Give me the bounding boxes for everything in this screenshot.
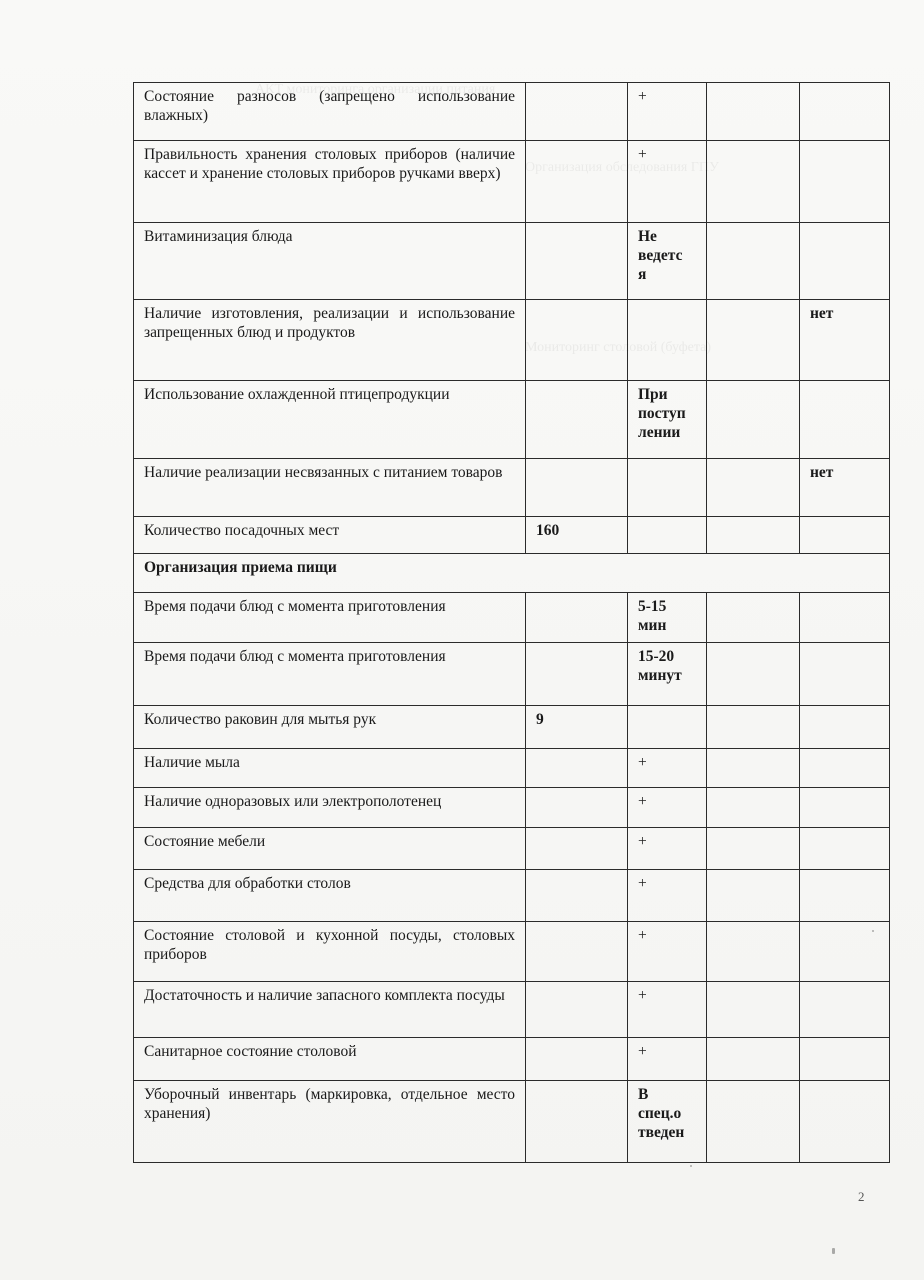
scan-speck (872, 930, 874, 932)
value-cell-col5 (800, 982, 890, 1038)
value-cell-col3: 15-20минут (628, 643, 707, 706)
value-cell-col5 (800, 870, 890, 922)
section-title: Организация приема пищи (134, 554, 890, 593)
value-cell-col2 (526, 381, 628, 459)
value-cell-col4 (707, 922, 800, 982)
value-cell-col3: + (628, 1038, 707, 1081)
page-number: 2 (858, 1189, 865, 1205)
value-cell-col2 (526, 223, 628, 300)
criterion-label: Использование охлажденной птицепродукции (134, 381, 526, 459)
value-cell-col3: + (628, 749, 707, 788)
value-cell-col5 (800, 749, 890, 788)
value-cell-col3: Неведется (628, 223, 707, 300)
table-row: Средства для обработки столов+ (134, 870, 890, 922)
criterion-label: Правильность хранения столовых приборов … (134, 141, 526, 223)
table-row: Наличие изготовления, реализации и испол… (134, 300, 890, 381)
value-cell-col3: Вспец.отведен (628, 1081, 707, 1163)
value-cell-col4 (707, 381, 800, 459)
value-cell-col4 (707, 141, 800, 223)
value-cell-col5 (800, 643, 890, 706)
value-cell-col5: нет (800, 459, 890, 517)
value-cell-col3: + (628, 83, 707, 141)
value-cell-col2 (526, 749, 628, 788)
value-cell-col4 (707, 870, 800, 922)
criterion-label: Время подачи блюд с момента приготовлени… (134, 593, 526, 643)
criterion-label: Наличие изготовления, реализации и испол… (134, 300, 526, 381)
value-cell-col3: 5-15мин (628, 593, 707, 643)
criterion-label: Состояние мебели (134, 828, 526, 870)
table-row: Наличие одноразовых или электрополотенец… (134, 788, 890, 828)
value-cell-col4 (707, 459, 800, 517)
value-cell-col2 (526, 982, 628, 1038)
value-cell-col3: + (628, 788, 707, 828)
criterion-label: Состояние столовой и кухонной посуды, ст… (134, 922, 526, 982)
value-cell-col5 (800, 517, 890, 554)
value-cell-col4 (707, 1038, 800, 1081)
value-cell-col5 (800, 83, 890, 141)
value-cell-col5: нет (800, 300, 890, 381)
criterion-label: Состояние разносов (запрещено использова… (134, 83, 526, 141)
criterion-label: Достаточность и наличие запасного компле… (134, 982, 526, 1038)
criterion-label: Санитарное состояние столовой (134, 1038, 526, 1081)
value-cell-col4 (707, 1081, 800, 1163)
value-cell-col2 (526, 300, 628, 381)
value-cell-col3 (628, 706, 707, 749)
scan-speck (690, 1165, 692, 1167)
table-row: Наличие реализации несвязанных с питание… (134, 459, 890, 517)
table-row: Правильность хранения столовых приборов … (134, 141, 890, 223)
table-row: Санитарное состояние столовой+ (134, 1038, 890, 1081)
value-cell-col2 (526, 141, 628, 223)
criterion-label: Средства для обработки столов (134, 870, 526, 922)
value-cell-col2 (526, 870, 628, 922)
criterion-label: Количество посадочных мест (134, 517, 526, 554)
value-cell-col4 (707, 749, 800, 788)
criterion-label: Наличие мыла (134, 749, 526, 788)
criterion-label: Количество раковин для мытья рук (134, 706, 526, 749)
value-cell-col2: 160 (526, 517, 628, 554)
value-cell-col2 (526, 1081, 628, 1163)
value-cell-col5 (800, 223, 890, 300)
value-cell-col3: + (628, 141, 707, 223)
value-cell-col2 (526, 1038, 628, 1081)
criterion-label: Наличие реализации несвязанных с питание… (134, 459, 526, 517)
value-cell-col4 (707, 300, 800, 381)
value-cell-col4 (707, 982, 800, 1038)
value-cell-col5 (800, 1081, 890, 1163)
value-cell-col5 (800, 828, 890, 870)
criterion-label: Витаминизация блюда (134, 223, 526, 300)
value-cell-col5 (800, 788, 890, 828)
value-cell-col4 (707, 643, 800, 706)
value-cell-col3: + (628, 922, 707, 982)
value-cell-col5 (800, 381, 890, 459)
value-cell-col3 (628, 517, 707, 554)
value-cell-col4 (707, 828, 800, 870)
section-header-row: Организация приема пищи (134, 554, 890, 593)
value-cell-col2 (526, 922, 628, 982)
value-cell-col2 (526, 643, 628, 706)
table-row: Состояние разносов (запрещено использова… (134, 83, 890, 141)
value-cell-col4 (707, 517, 800, 554)
inspection-table-body: Состояние разносов (запрещено использова… (134, 83, 890, 1163)
criterion-label: Уборочный инвентарь (маркировка, отдельн… (134, 1081, 526, 1163)
value-cell-col4 (707, 593, 800, 643)
value-cell-col4 (707, 223, 800, 300)
value-cell-col2 (526, 828, 628, 870)
value-cell-col5 (800, 922, 890, 982)
value-cell-col3: + (628, 828, 707, 870)
value-cell-col4 (707, 706, 800, 749)
value-cell-col3: + (628, 982, 707, 1038)
table-row: Использование охлажденной птицепродукции… (134, 381, 890, 459)
value-cell-col5 (800, 593, 890, 643)
inspection-table: Состояние разносов (запрещено использова… (133, 82, 890, 1163)
table-row: Количество раковин для мытья рук9 (134, 706, 890, 749)
value-cell-col3: Припоступлении (628, 381, 707, 459)
value-cell-col3 (628, 300, 707, 381)
value-cell-col3 (628, 459, 707, 517)
table-row: Время подачи блюд с момента приготовлени… (134, 593, 890, 643)
table-row: Время подачи блюд с момента приготовлени… (134, 643, 890, 706)
criterion-label: Наличие одноразовых или электрополотенец (134, 788, 526, 828)
value-cell-col2 (526, 459, 628, 517)
value-cell-col5 (800, 706, 890, 749)
table-row: Состояние мебели+ (134, 828, 890, 870)
table-row: Наличие мыла+ (134, 749, 890, 788)
scan-speck (832, 1248, 835, 1254)
value-cell-col4 (707, 788, 800, 828)
table-row: Количество посадочных мест160 (134, 517, 890, 554)
table-row: Витаминизация блюдаНеведется (134, 223, 890, 300)
value-cell-col3: + (628, 870, 707, 922)
value-cell-col2 (526, 593, 628, 643)
value-cell-col2 (526, 788, 628, 828)
value-cell-col2 (526, 83, 628, 141)
value-cell-col5 (800, 141, 890, 223)
value-cell-col2: 9 (526, 706, 628, 749)
table-row: Состояние столовой и кухонной посуды, ст… (134, 922, 890, 982)
value-cell-col5 (800, 1038, 890, 1081)
criterion-label: Время подачи блюд с момента приготовлени… (134, 643, 526, 706)
value-cell-col4 (707, 83, 800, 141)
table-row: Уборочный инвентарь (маркировка, отдельн… (134, 1081, 890, 1163)
table-row: Достаточность и наличие запасного компле… (134, 982, 890, 1038)
